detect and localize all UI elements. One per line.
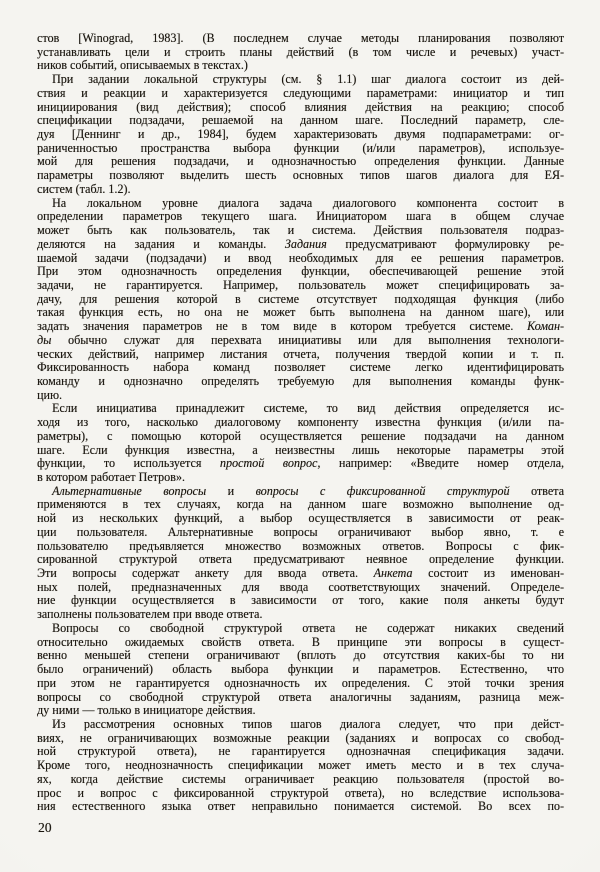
text-line: Из рассмотрения основных типов шагов диа… xyxy=(37,718,564,732)
text-line: На локальном уровне диалога задача диало… xyxy=(37,197,564,211)
text-segment: и xyxy=(206,484,255,498)
text-line: виях, не ограничивающих возможные реакци… xyxy=(37,732,564,746)
text-line: ды обычно служат для перехвата инициатив… xyxy=(37,334,564,348)
text-line: мой для решения подзадачи, и однозначнос… xyxy=(37,155,564,169)
text-line: инициирования (вид действия); способ вли… xyxy=(37,101,564,115)
text-line: венно меньшей степени ограничивают (впло… xyxy=(37,649,564,663)
text-segment: шаемой задачи (подзадачи) и ввод необход… xyxy=(37,251,564,265)
text-column: стов [Winograd, 1983]. (В последнем случ… xyxy=(37,32,564,814)
text-line: устанавливать цели и строить планы дейст… xyxy=(37,46,564,60)
text-line: параметры позволяют выделить шесть основ… xyxy=(37,169,564,183)
text-line: стов [Winograd, 1983]. (В последнем случ… xyxy=(37,32,564,46)
text-segment: стов [Winograd, 1983]. (В последнем случ… xyxy=(37,31,564,45)
text-line: ников событий, описываемых в текстах.) xyxy=(37,59,564,73)
text-segment: спецификации подзадачи, решаемой на данн… xyxy=(37,113,564,127)
text-segment: Фиксированность набора команд позволяет … xyxy=(37,360,564,374)
text-segment: например: «Введите номер отдела, xyxy=(320,456,564,470)
text-segment: Если инициатива принадлежит системе, то … xyxy=(52,401,564,415)
text-segment: При задании локальной структуры (см. § 1… xyxy=(52,72,564,86)
text-line: ствия и реакции и характеризуется следую… xyxy=(37,87,564,101)
text-line: ния естественного языка ответ неправильн… xyxy=(37,800,564,814)
text-line: ходя из того, насколько диалоговому комп… xyxy=(37,416,564,430)
text-line: функции, то используется простой вопрос,… xyxy=(37,457,564,471)
text-segment: вопросы со свободной структурой ответа а… xyxy=(37,690,564,704)
text-segment: задачи, не гарантируется. Например, поль… xyxy=(37,278,564,292)
text-line: относительно ожидаемых свойств ответа. В… xyxy=(37,636,564,650)
text-segment: ходя из того, насколько диалоговому комп… xyxy=(37,415,564,429)
text-line: Кроме того, неоднозначность спецификации… xyxy=(37,759,564,773)
text-segment: инициирования (вид действия); способ вли… xyxy=(37,100,564,114)
text-line: Альтернативные вопросы и вопросы с фикси… xyxy=(37,485,564,499)
italic-text-segment: вопросы с фиксированной структурой xyxy=(256,484,510,498)
text-segment: устанавливать цели и строить планы дейст… xyxy=(37,45,564,59)
text-segment: Кроме того, неоднозначность спецификации… xyxy=(37,758,564,772)
italic-text-segment: Задания xyxy=(285,237,327,251)
page-number: 20 xyxy=(38,820,52,836)
text-segment: венно меньшей степени ограничивают (впло… xyxy=(37,648,564,662)
text-line: ной структурой ответа), не гарантируется… xyxy=(37,745,564,759)
text-line: пользователю предъявляется множество воз… xyxy=(37,540,564,554)
text-segment: в котором работает Петров». xyxy=(37,470,185,484)
text-line: прос и вопрос с фиксированной структурой… xyxy=(37,787,564,801)
italic-text-segment: простой вопрос, xyxy=(220,456,321,470)
text-segment: применяются в тех случаях, когда на данн… xyxy=(37,497,564,511)
text-segment: команду и однозначно определять требуему… xyxy=(37,374,564,388)
text-line: дачу, для решения которой в системе отсу… xyxy=(37,293,564,307)
text-line: определении параметров текущего шага. Ин… xyxy=(37,210,564,224)
text-line: при этом не гарантируется однозначность … xyxy=(37,677,564,691)
text-segment: может быть как пользователь, так и систе… xyxy=(37,223,564,237)
text-segment: функции, то используется xyxy=(37,456,220,470)
text-line: заполнены пользователем при вводе ответа… xyxy=(37,608,564,622)
text-segment: ции пользователя. Альтернативные вопросы… xyxy=(37,525,564,539)
text-segment: было ограничений) область выбора функции… xyxy=(37,662,564,676)
text-line: раниченностью пространства выбора функци… xyxy=(37,142,564,156)
text-segment: ной из нескольких функций, а выбор осуще… xyxy=(37,511,564,525)
text-segment: Вопросы со свободной структурой ответа н… xyxy=(52,621,564,635)
text-segment: мой для решения подзадачи, и однозначнос… xyxy=(37,154,564,168)
text-line: сированной структурой ответа предусматри… xyxy=(37,553,564,567)
text-segment: виях, не ограничивающих возможные реакци… xyxy=(37,731,564,745)
text-segment: ния естественного языка ответ неправильн… xyxy=(37,799,564,813)
text-line: систем (табл. 1.2). xyxy=(37,183,564,197)
text-segment: при этом не гарантируется однозначность … xyxy=(37,676,564,690)
text-line: вопросы со свободной структурой ответа а… xyxy=(37,691,564,705)
text-line: ние функции осуществляется в зависимости… xyxy=(37,594,564,608)
text-segment: дачу, для решения которой в системе отсу… xyxy=(37,292,564,306)
text-segment: ных полей, предназначенных для ввода соо… xyxy=(37,580,564,594)
text-line: такая функция есть, но она не может быть… xyxy=(37,306,564,320)
text-segment: ответа xyxy=(510,484,564,498)
text-segment: систем (табл. 1.2). xyxy=(37,182,130,196)
text-segment: Эти вопросы содержат анкету для ввода от… xyxy=(37,566,374,580)
text-segment: На локальном уровне диалога задача диало… xyxy=(52,196,564,210)
text-segment: параметры позволяют выделить шесть основ… xyxy=(37,168,564,182)
text-segment: дуя [Деннинг и др., 1984], будем характе… xyxy=(37,127,564,141)
scanned-book-page: стов [Winograd, 1983]. (В последнем случ… xyxy=(0,0,600,872)
text-segment: задать значения параметров не в том виде… xyxy=(37,319,527,333)
text-segment: раметры), с помощью которой осуществляет… xyxy=(37,429,564,443)
italic-text-segment: Коман- xyxy=(527,319,564,333)
italic-text-segment: Альтернативные вопросы xyxy=(52,484,206,498)
text-segment: сированной структурой ответа предусматри… xyxy=(37,552,564,566)
text-line: применяются в тех случаях, когда на данн… xyxy=(37,498,564,512)
text-segment: предусматривают формулировку ре- xyxy=(327,237,564,251)
text-segment: шаге. Если функция известна, а неизвестн… xyxy=(37,443,564,457)
text-segment: пользователю предъявляется множество воз… xyxy=(37,539,564,553)
text-line: Вопросы со свободной структурой ответа н… xyxy=(37,622,564,636)
text-segment: относительно ожидаемых свойств ответа. В… xyxy=(37,635,564,649)
text-segment: такая функция есть, но она не может быть… xyxy=(37,305,564,319)
text-line: задать значения параметров не в том виде… xyxy=(37,320,564,334)
text-segment: При этом однозначность определения функц… xyxy=(37,264,564,278)
text-line: ду ними — только в инициаторе действия. xyxy=(37,704,564,718)
text-segment: ной структурой ответа), не гарантируется… xyxy=(37,744,564,758)
text-segment: ду ними — только в инициаторе действия. xyxy=(37,703,256,717)
text-line: ции пользователя. Альтернативные вопросы… xyxy=(37,526,564,540)
italic-text-segment: Анкета xyxy=(374,566,413,580)
text-segment: раниченностью пространства выбора функци… xyxy=(37,141,564,155)
text-segment: ствия и реакции и характеризуется следую… xyxy=(37,86,564,100)
text-line: ной из нескольких функций, а выбор осуще… xyxy=(37,512,564,526)
text-line: раметры), с помощью которой осуществляет… xyxy=(37,430,564,444)
text-line: команду и однозначно определять требуему… xyxy=(37,375,564,389)
text-line: Эти вопросы содержат анкету для ввода от… xyxy=(37,567,564,581)
text-segment: состоит из именован- xyxy=(412,566,564,580)
text-line: в котором работает Петров». xyxy=(37,471,564,485)
text-line: может быть как пользователь, так и систе… xyxy=(37,224,564,238)
text-line: ных полей, предназначенных для ввода соо… xyxy=(37,581,564,595)
text-line: спецификации подзадачи, решаемой на данн… xyxy=(37,114,564,128)
text-line: При задании локальной структуры (см. § 1… xyxy=(37,73,564,87)
text-line: ческих действий, например листания отчет… xyxy=(37,348,564,362)
text-line: задачи, не гарантируется. Например, поль… xyxy=(37,279,564,293)
text-line: ях, когда действие системы ограничивает … xyxy=(37,773,564,787)
text-segment: ние функции осуществляется в зависимости… xyxy=(37,593,564,607)
text-segment: ческих действий, например листания отчет… xyxy=(37,347,564,361)
text-line: При этом однозначность определения функц… xyxy=(37,265,564,279)
text-segment: определении параметров текущего шага. Ин… xyxy=(37,209,564,223)
text-line: дуя [Деннинг и др., 1984], будем характе… xyxy=(37,128,564,142)
text-segment: прос и вопрос с фиксированной структурой… xyxy=(37,786,564,800)
text-segment: обычно служат для перехвата инициативы и… xyxy=(51,333,564,347)
text-segment: цию. xyxy=(37,388,62,402)
text-line: цию. xyxy=(37,389,564,403)
text-segment: заполнены пользователем при вводе ответа… xyxy=(37,607,262,621)
text-line: Фиксированность набора команд позволяет … xyxy=(37,361,564,375)
text-line: Если инициатива принадлежит системе, то … xyxy=(37,402,564,416)
italic-text-segment: ды xyxy=(37,333,51,347)
text-line: шаге. Если функция известна, а неизвестн… xyxy=(37,444,564,458)
text-segment: деляются на задания и команды. xyxy=(37,237,285,251)
text-line: было ограничений) область выбора функции… xyxy=(37,663,564,677)
text-line: шаемой задачи (подзадачи) и ввод необход… xyxy=(37,252,564,266)
text-segment: Из рассмотрения основных типов шагов диа… xyxy=(52,717,564,731)
text-segment: ях, когда действие системы ограничивает … xyxy=(37,772,564,786)
text-segment: ников событий, описываемых в текстах.) xyxy=(37,58,248,72)
text-line: деляются на задания и команды. Задания п… xyxy=(37,238,564,252)
